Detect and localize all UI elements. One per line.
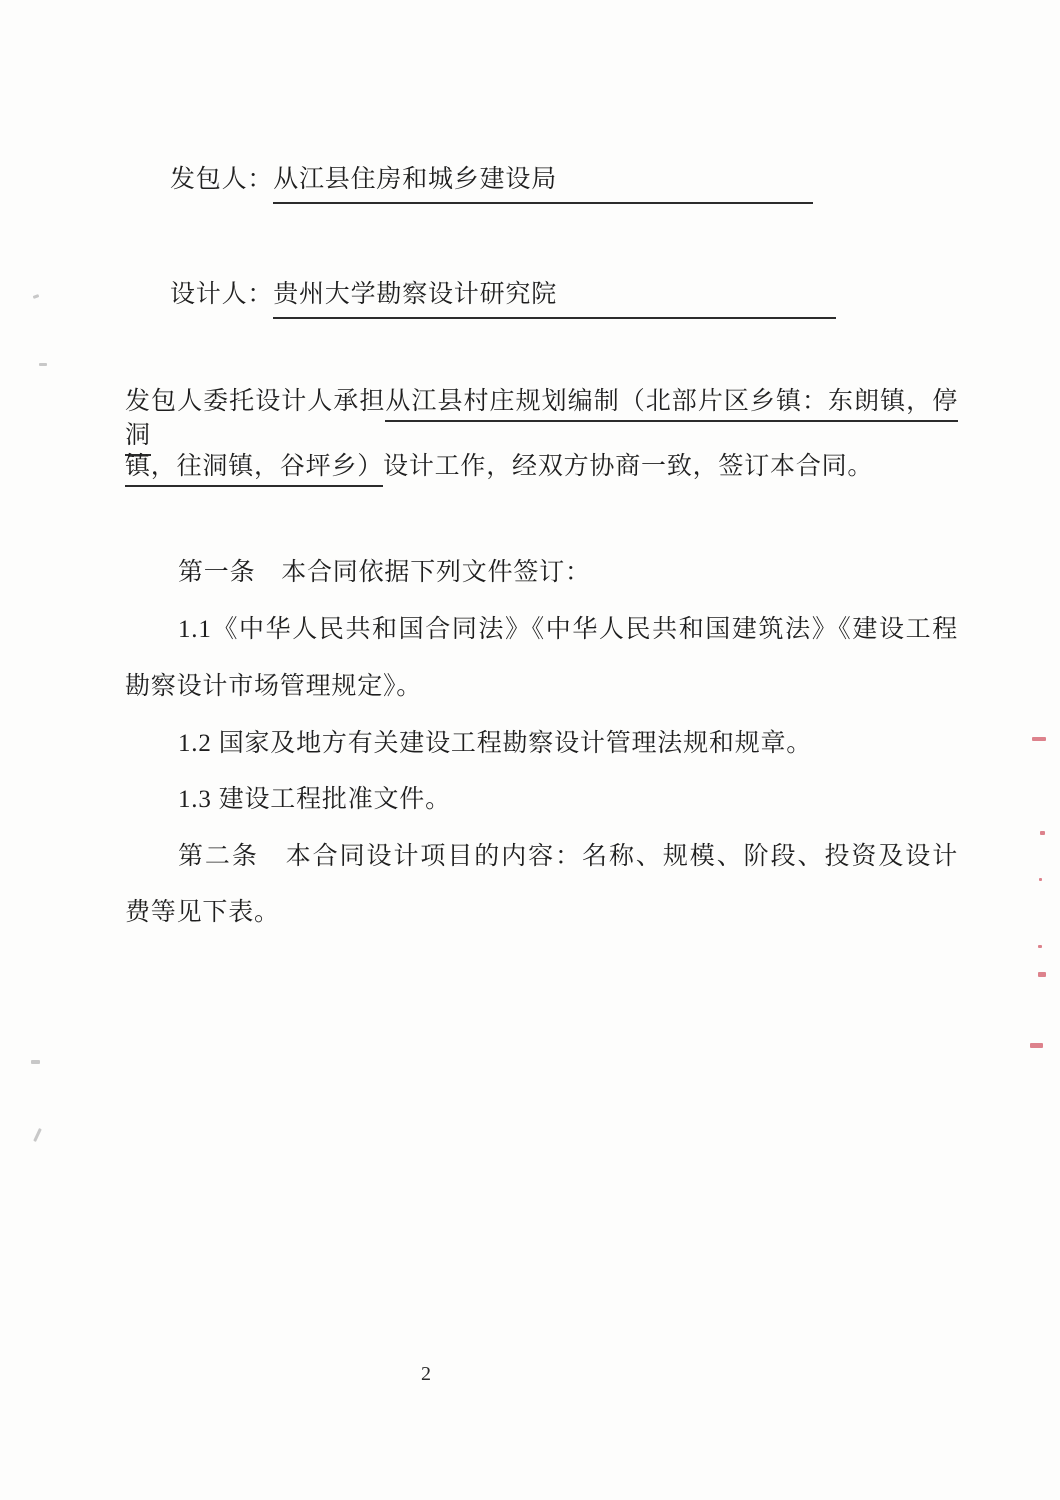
employer-label: 发包人：	[170, 166, 273, 193]
designer-line: 设计人：贵州大学勘察设计研究院	[170, 278, 836, 319]
scan-artifact	[1039, 878, 1042, 881]
article1-title: 第一条 本合同依据下列文件签订：	[178, 556, 591, 590]
article2-line-2: 费等见下表。	[125, 896, 280, 930]
scan-artifact	[1038, 972, 1046, 977]
designer-label: 设计人：	[170, 281, 273, 308]
employer-value-underlined: 从江县住房和城乡建设局	[273, 163, 813, 204]
scan-artifact	[1040, 831, 1045, 835]
clause-1-1-line-2: 勘察设计市场管理规定》。	[125, 670, 422, 704]
scan-artifact	[31, 1060, 40, 1064]
intro-line-1-plain: 发包人委托设计人承担	[125, 388, 385, 415]
clause-1-3: 1.3 建设工程批准文件。	[178, 783, 451, 817]
intro-line-1: 发包人委托设计人承担从江县村庄规划编制（北部片区乡镇：东朗镇，停洞	[125, 385, 958, 453]
scan-artifact	[1038, 945, 1042, 948]
article2-line-1: 第二条 本合同设计项目的内容：名称、规模、阶段、投资及设计	[178, 840, 958, 874]
employer-line: 发包人：从江县住房和城乡建设局	[170, 163, 813, 204]
intro-line-2: 镇，往洞镇，谷坪乡）设计工作，经双方协商一致，签订本合同。	[125, 450, 873, 484]
scan-artifact	[1032, 737, 1046, 741]
scan-artifact	[33, 294, 40, 299]
intro-line-2-underlined: 镇，往洞镇，谷坪乡）	[125, 453, 383, 487]
contract-page: 发包人：从江县住房和城乡建设局 设计人：贵州大学勘察设计研究院 发包人委托设计人…	[0, 0, 1060, 1500]
scan-artifact	[1030, 1043, 1043, 1048]
scan-artifact	[33, 1128, 42, 1142]
clause-1-1-line-1: 1.1《中华人民共和国合同法》《中华人民共和国建筑法》《建设工程	[178, 613, 958, 647]
clause-1-2: 1.2 国家及地方有关建设工程勘察设计管理法规和规章。	[178, 727, 812, 761]
scan-artifact	[39, 363, 47, 366]
designer-value-underlined: 贵州大学勘察设计研究院	[273, 278, 836, 319]
page-number: 2	[421, 1362, 431, 1386]
intro-line-2-plain: 设计工作，经双方协商一致，签订本合同。	[383, 453, 873, 480]
